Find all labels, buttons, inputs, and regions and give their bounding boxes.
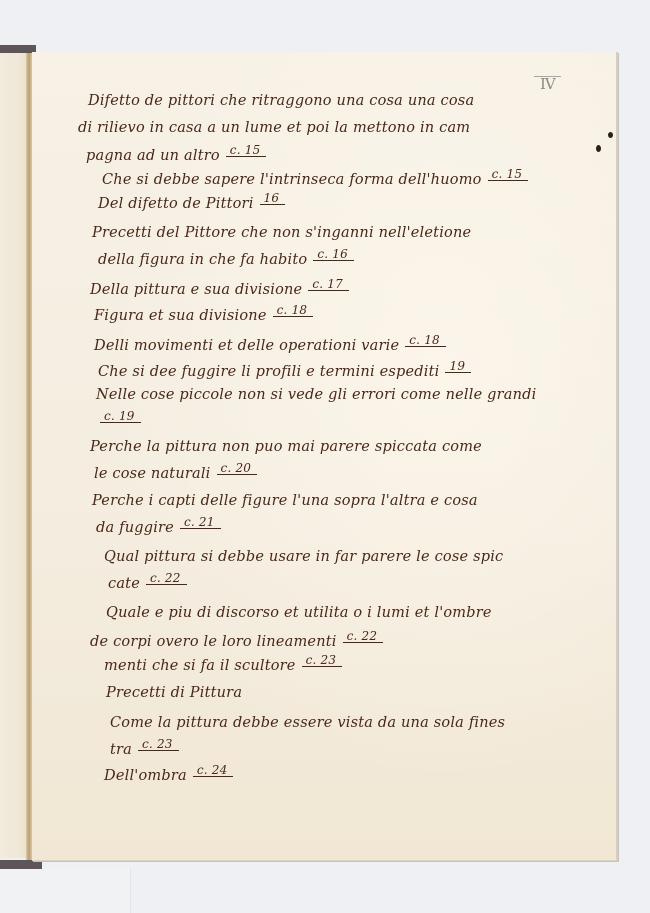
index-entry: catec. 22: [108, 572, 187, 593]
index-entry: le cose naturalic. 20: [94, 462, 257, 483]
page-clip-top: [0, 45, 36, 53]
page-reference: c. 21: [180, 516, 221, 529]
index-entry: Della pittura e sua divisionec. 17: [90, 278, 349, 299]
page-clip-bottom: [0, 860, 42, 869]
index-entry: Perche i capti delle figure l'una sopra …: [92, 492, 478, 510]
index-entry: de corpi overo le loro lineamentic. 22: [90, 630, 383, 651]
page-reference: c. 17: [308, 278, 349, 291]
page-reference: c. 23: [138, 738, 179, 751]
page-reference: c. 15: [226, 144, 267, 157]
index-entry: Figura et sua divisionec. 18: [94, 304, 313, 325]
index-entry: Quale e piu di discorso et utilita o i l…: [106, 604, 492, 622]
index-entry: pagna ad un altroc. 15: [86, 144, 266, 165]
index-entry: di rilievo in casa a un lume et poi la m…: [78, 119, 470, 137]
page-reference: c. 18: [405, 334, 446, 347]
index-entry: Delli movimenti et delle operationi vari…: [94, 334, 446, 355]
page-reference: 19: [445, 360, 471, 373]
index-entry: della figura in che fa habitoc. 16: [98, 248, 354, 269]
page-reference: c. 18: [273, 304, 314, 317]
index-entry: Che si dee fuggire li profili e termini …: [98, 360, 471, 381]
index-entries: Difetto de pittori che ritraggono una co…: [32, 52, 616, 860]
manuscript-page: IV Difetto de pittori che ritraggono una…: [32, 52, 618, 861]
page-reference: c. 15: [488, 168, 529, 181]
background-surface: [0, 868, 131, 913]
index-entry: Come la pittura debbe essere vista da un…: [110, 714, 505, 732]
index-entry: Del difetto de Pittori16: [98, 192, 285, 213]
index-entry: da fuggirec. 21: [96, 516, 221, 537]
index-entry: Precetti del Pittore che non s'inganni n…: [92, 224, 471, 242]
page-reference: c. 22: [146, 572, 187, 585]
index-entry: Dell'ombrac. 24: [104, 764, 233, 785]
page-reference: 16: [260, 192, 286, 205]
page-reference: c. 16: [313, 248, 354, 261]
index-entry: menti che si fa il scultorec. 23: [104, 654, 342, 675]
index-entry: Che si debbe sapere l'intrinseca forma d…: [102, 168, 528, 189]
page-reference: c. 19: [100, 410, 141, 423]
index-entry: Qual pittura si debbe usare in far parer…: [104, 548, 503, 566]
index-entry: Difetto de pittori che ritraggono una co…: [88, 92, 474, 110]
index-entry: Perche la pittura non puo mai parere spi…: [90, 438, 482, 456]
index-entry: Nelle cose piccole non si vede gli error…: [96, 386, 537, 404]
page-reference: c. 22: [343, 630, 384, 643]
page-reference: c. 23: [302, 654, 343, 667]
index-entry: Precetti di Pittura: [106, 684, 242, 702]
index-entry: c. 19: [94, 410, 141, 431]
page-reference: c. 24: [193, 764, 234, 777]
index-entry: trac. 23: [110, 738, 179, 759]
page-reference: c. 20: [217, 462, 258, 475]
